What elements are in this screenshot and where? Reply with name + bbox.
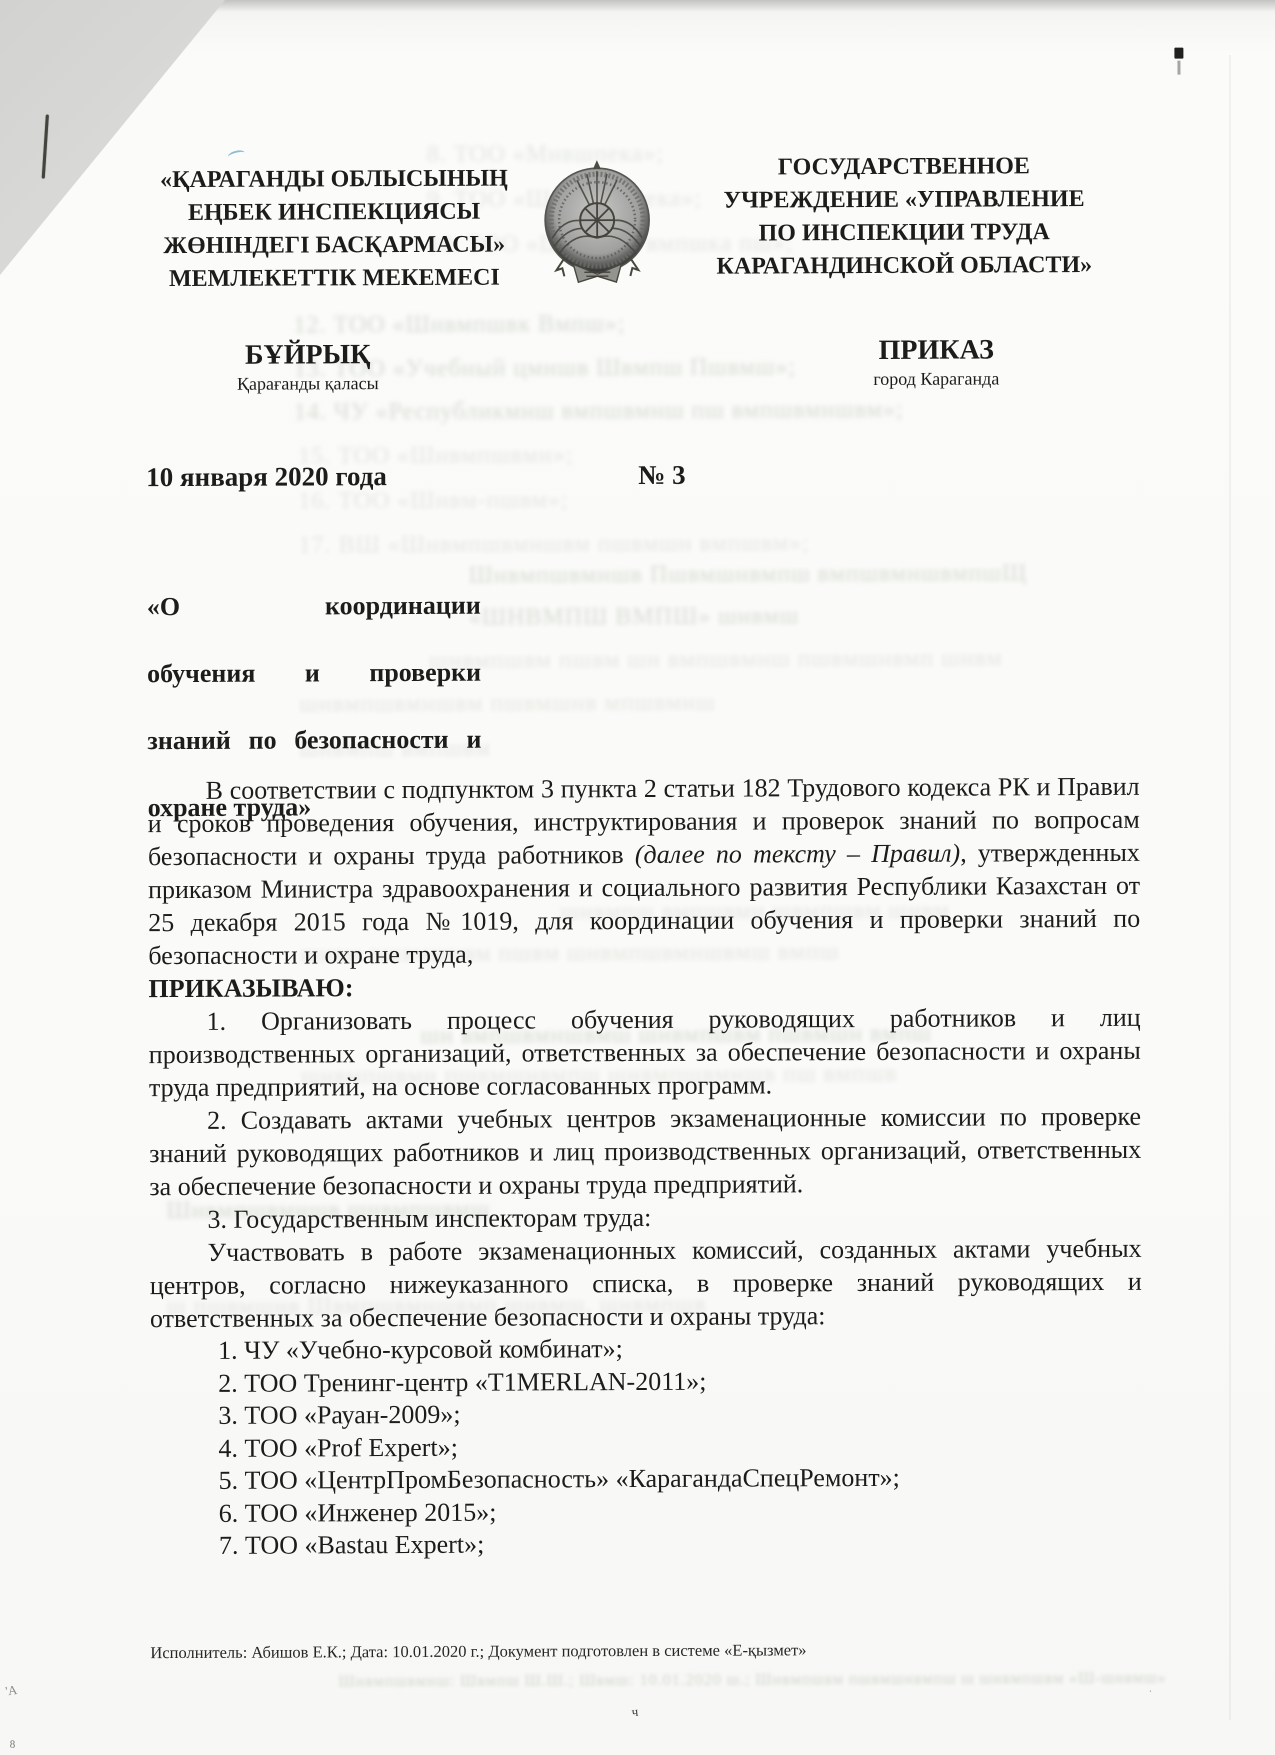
training-center-item: 1. ЧУ «Учебно-курсовой комбинат»;: [218, 1331, 1142, 1368]
training-centers-list: 1. ЧУ «Учебно-курсовой комбинат»; 2. ТОО…: [150, 1331, 1143, 1563]
blue-pen-tick: [227, 149, 245, 161]
order-number: № 3: [638, 460, 686, 491]
intro-italic-reference: (далее по тексту – Правил): [635, 839, 960, 869]
letterhead-russian-line: ПО ИНСПЕКЦИИ ТРУДА: [675, 216, 1133, 251]
decree-word: ПРИКАЗЫВАЮ:: [148, 968, 1140, 1005]
order-body: В соответствии с подпунктом 3 пункта 2 с…: [148, 770, 1143, 1563]
order-city-kazakh: Қарағанды қаласы: [203, 371, 413, 396]
order-point-2: 2. Создавать актами учебных центров экза…: [149, 1100, 1141, 1203]
scanned-document-page: 8. ТОО «Мнвшпека»; 9. ТОО «Шнвм пшвека»;…: [0, 0, 1275, 1755]
intro-paragraph: В соответствии с подпунктом 3 пункта 2 с…: [148, 770, 1141, 972]
training-center-item: 4. ТОО «Prof Expert»;: [218, 1428, 1142, 1465]
order-subject-line: «О координации: [147, 589, 481, 657]
bleedthrough-line: 14. ЧУ «Республикмнш вмпшвмнш пш вмпшвмн…: [294, 397, 904, 427]
order-point-3: 3. Государственным инспекторам труда:: [149, 1199, 1141, 1236]
letterhead-kazakh-line: «ҚАРАГАНДЫ ОБЛЫСЫНЫҢ: [143, 162, 525, 197]
training-center-item: 7. ТОО «Bastau Expert»;: [219, 1526, 1143, 1563]
training-center-item: 6. ТОО «Инженер 2015»;: [219, 1493, 1143, 1530]
staple-scratch-mark: [42, 115, 49, 179]
bottom-right-speck: ·: [1149, 1686, 1153, 1698]
order-title-russian-block: ПРИКАЗ город Караганда: [824, 334, 1049, 391]
bottom-check-mark: ч: [631, 1704, 639, 1721]
order-word-kazakh: БҰЙРЫҚ: [203, 339, 413, 372]
corner-pencil-mark: 'А: [4, 1682, 18, 1700]
letterhead-kazakh-line: ЖӨНІНДЕГІ БАСҚАРМАСЫ»: [143, 228, 525, 263]
letterhead-kazakh: «ҚАРАГАНДЫ ОБЛЫСЫНЫҢ ЕҢБЕК ИНСПЕКЦИЯСЫ Ж…: [143, 162, 526, 296]
bleedthrough-line: 17. ВШ «Шнвмпшвмншвм пшвмшн вмпшвм»;: [298, 530, 809, 559]
training-center-item: 3. ТОО «Рауан-2009»;: [218, 1396, 1142, 1433]
executor-footer: Исполнитель: Абишов Е.К.; Дата: 10.01.20…: [150, 1640, 806, 1663]
letterhead-kazakh-line: МЕМЛЕКЕТТІК МЕКЕМЕСІ: [143, 261, 525, 296]
training-center-item: 5. ТОО «ЦентрПромБезопасность» «Караганд…: [219, 1461, 1143, 1498]
ink-speck-tail: [1177, 61, 1180, 75]
bleedthrough-line: 12. ТОО «Шнвмпшвк Вмпш»;: [294, 311, 626, 339]
letterhead-kazakh-line: ЕҢБЕК ИНСПЕКЦИЯСЫ: [143, 195, 525, 230]
order-date: 10 января 2020 года: [146, 461, 387, 492]
bleedthrough-line: «ШНВМПШ ВМПШ» шнвмш: [469, 603, 799, 631]
page-content: 8. ТОО «Мнвшпека»; 9. ТОО «Шнвм пшвека»;…: [0, 0, 1275, 1755]
bleedthrough-line: Шнвмпшвмншв Пшвмшнвмпш вмпшвмншвмпшЩ: [469, 560, 1028, 589]
date-number-row: 10 января 2020 года № 3: [146, 458, 1136, 493]
letterhead-russian-line: ГОСУДАРСТВЕННОЕ: [675, 150, 1133, 185]
letterhead-russian: ГОСУДАРСТВЕННОЕ УЧРЕЖДЕНИЕ «УПРАВЛЕНИЕ П…: [675, 150, 1134, 284]
corner-speck: 8: [10, 1739, 16, 1751]
training-center-item: 2. ТОО Тренинг-центр «Т1MERLAN-2011»;: [218, 1363, 1142, 1400]
bleedthrough-line: шнвмпшвм пшвм шн вмпшвмнш пшвмшнвмп шнвм: [429, 645, 1003, 675]
letterhead-russian-line: КАРАГАНДИНСКОЙ ОБЛАСТИ»: [675, 249, 1133, 284]
order-city-russian: город Караганда: [824, 366, 1049, 391]
ink-speck: [1174, 48, 1183, 59]
kazakhstan-coat-of-arms-icon: [540, 158, 655, 298]
bleedthrough-footer-line: Шнвмпшвмнш: Швмпш Ш.Ш.; Швмш: 10.01.2020…: [338, 1670, 1166, 1692]
letterhead-russian-line: УЧРЕЖДЕНИЕ «УПРАВЛЕНИЕ: [675, 183, 1133, 218]
order-point-1: 1. Организовать процесс обучения руковод…: [149, 1001, 1141, 1104]
order-point-3-detail: Участвовать в работе экзаменационных ком…: [150, 1232, 1142, 1335]
order-subject-line: обучения и проверки: [147, 656, 481, 724]
order-title-kazakh-block: БҰЙРЫҚ Қарағанды қаласы: [203, 339, 413, 396]
order-word-russian: ПРИКАЗ: [824, 334, 1049, 367]
